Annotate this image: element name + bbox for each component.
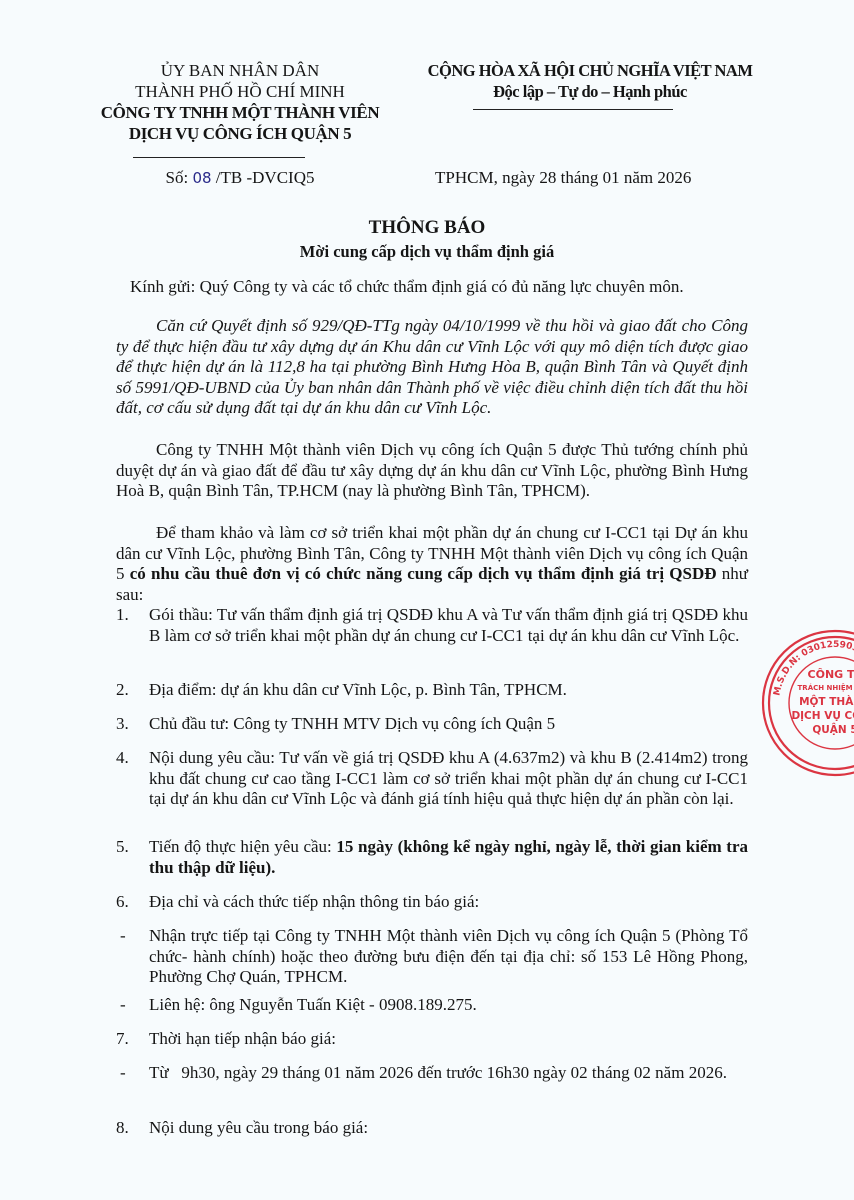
list-item-number: 2. <box>116 680 129 701</box>
national-header: CỘNG HÒA XÃ HỘI CHỦ NGHĨA VIỆT NAM Độc l… <box>400 60 780 102</box>
issuer-line-1: ỦY BAN NHÂN DÂN <box>70 60 410 81</box>
document-number-prefix: Số: <box>166 168 193 187</box>
issuer-header: ỦY BAN NHÂN DÂN THÀNH PHỐ HỒ CHÍ MINH CÔ… <box>70 60 410 144</box>
stamp-line-2: TRÁCH NHIỆM HỮU <box>798 683 854 692</box>
list-item-direct-submission: -Nhận trực tiếp tại Công ty TNHH Một thà… <box>116 926 748 988</box>
list-item-number: 6. <box>116 892 129 913</box>
list-item-text: Nội dung yêu cầu: Tư vấn về giá trị QSDĐ… <box>149 748 748 810</box>
national-motto: Độc lập – Tự do – Hạnh phúc <box>400 81 780 102</box>
paragraph-purpose: Để tham khảo và làm cơ sở triển khai một… <box>116 523 748 605</box>
issuer-line-2: THÀNH PHỐ HỒ CHÍ MINH <box>70 81 410 102</box>
issuer-company-line-1: CÔNG TY TNHH MỘT THÀNH VIÊN <box>70 102 410 123</box>
document-number-suffix: /TB -DVCIQ5 <box>212 168 315 187</box>
list-item-text: Tiến độ thực hiện yêu cầu: 15 ngày (khôn… <box>149 837 748 878</box>
list-item-text: Địa chỉ và cách thức tiếp nhận thông tin… <box>149 892 748 913</box>
list-item-bullet: - <box>120 1063 126 1084</box>
issuer-divider <box>133 157 305 158</box>
list-item-bullet: - <box>120 995 126 1016</box>
list-item-deadline-range: -Từ 9h30, ngày 29 tháng 01 năm 2026 đến … <box>116 1063 748 1084</box>
list-item-address-method: 6.Địa chỉ và cách thức tiếp nhận thông t… <box>116 892 748 913</box>
list-item-package: 1.Gói thầu: Tư vấn thẩm định giá trị QSD… <box>116 605 748 646</box>
schedule-label: Tiến độ thực hiện yêu cầu: <box>149 837 336 856</box>
stamp-line-5: QUẬN 5 <box>812 723 854 736</box>
purpose-bold-text: có nhu cầu thuê đơn vị có chức năng cung… <box>130 564 717 583</box>
list-item-location: 2.Địa điểm: dự án khu dân cư Vĩnh Lộc, p… <box>116 680 748 701</box>
list-item-text: Nhận trực tiếp tại Công ty TNHH Một thàn… <box>149 926 748 988</box>
paragraph-legal-basis: Căn cứ Quyết định số 929/QĐ-TTg ngày 04/… <box>116 316 748 419</box>
list-item-number: 5. <box>116 837 129 858</box>
list-item-text: Địa điểm: dự án khu dân cư Vĩnh Lộc, p. … <box>149 680 748 701</box>
stamp-line-4: DỊCH VỤ CÔNG <box>791 709 854 722</box>
motto-underline <box>473 109 673 110</box>
list-item-schedule: 5.Tiến độ thực hiện yêu cầu: 15 ngày (kh… <box>116 837 748 878</box>
document-number-handwritten: 08 <box>192 169 211 187</box>
paragraph-company-intro: Công ty TNHH Một thành viên Dịch vụ công… <box>116 440 748 502</box>
list-item-text: Gói thầu: Tư vấn thẩm định giá trị QSDĐ … <box>149 605 748 646</box>
list-item-number: 8. <box>116 1118 129 1139</box>
stamp-line-3: MỘT THÀNH <box>799 695 854 708</box>
company-seal-stamp: M.S.D.N: 0301259030 ★ QUẬN 5 - T.P HỒ CÔ… <box>760 628 854 778</box>
national-title: CỘNG HÒA XÃ HỘI CHỦ NGHĨA VIỆT NAM <box>400 60 780 81</box>
list-item-deadline: 7.Thời hạn tiếp nhận báo giá: <box>116 1029 748 1050</box>
document-date: TPHCM, ngày 28 tháng 01 năm 2026 <box>435 168 691 188</box>
document-number: Số: 08 /TB -DVCIQ5 <box>70 168 410 188</box>
list-item-text: Từ 9h30, ngày 29 tháng 01 năm 2026 đến t… <box>149 1063 748 1084</box>
document-title: THÔNG BÁO <box>0 217 854 239</box>
list-item-number: 1. <box>116 605 129 626</box>
list-item-text: Nội dung yêu cầu trong báo giá: <box>149 1118 748 1139</box>
stamp-line-1: CÔNG TY <box>808 668 854 681</box>
list-item-number: 4. <box>116 748 129 769</box>
list-item-contact: -Liên hệ: ông Nguyễn Tuấn Kiệt - 0908.18… <box>116 995 748 1016</box>
document-subtitle: Mời cung cấp dịch vụ thẩm định giá <box>0 242 854 262</box>
list-item-bullet: - <box>120 926 126 947</box>
recipient-line: Kính gửi: Quý Công ty và các tổ chức thẩ… <box>130 277 684 297</box>
list-item-investor: 3.Chủ đầu tư: Công ty TNHH MTV Dịch vụ c… <box>116 714 748 735</box>
list-item-number: 3. <box>116 714 129 735</box>
list-item-number: 7. <box>116 1029 129 1050</box>
list-item-text: Thời hạn tiếp nhận báo giá: <box>149 1029 748 1050</box>
list-item-text: Liên hệ: ông Nguyễn Tuấn Kiệt - 0908.189… <box>149 995 748 1016</box>
list-item-quote-content: 8.Nội dung yêu cầu trong báo giá: <box>116 1118 748 1139</box>
issuer-company-line-2: DỊCH VỤ CÔNG ÍCH QUẬN 5 <box>70 123 410 144</box>
list-item-requirements: 4.Nội dung yêu cầu: Tư vấn về giá trị QS… <box>116 748 748 810</box>
list-item-text: Chủ đầu tư: Công ty TNHH MTV Dịch vụ côn… <box>149 714 748 735</box>
